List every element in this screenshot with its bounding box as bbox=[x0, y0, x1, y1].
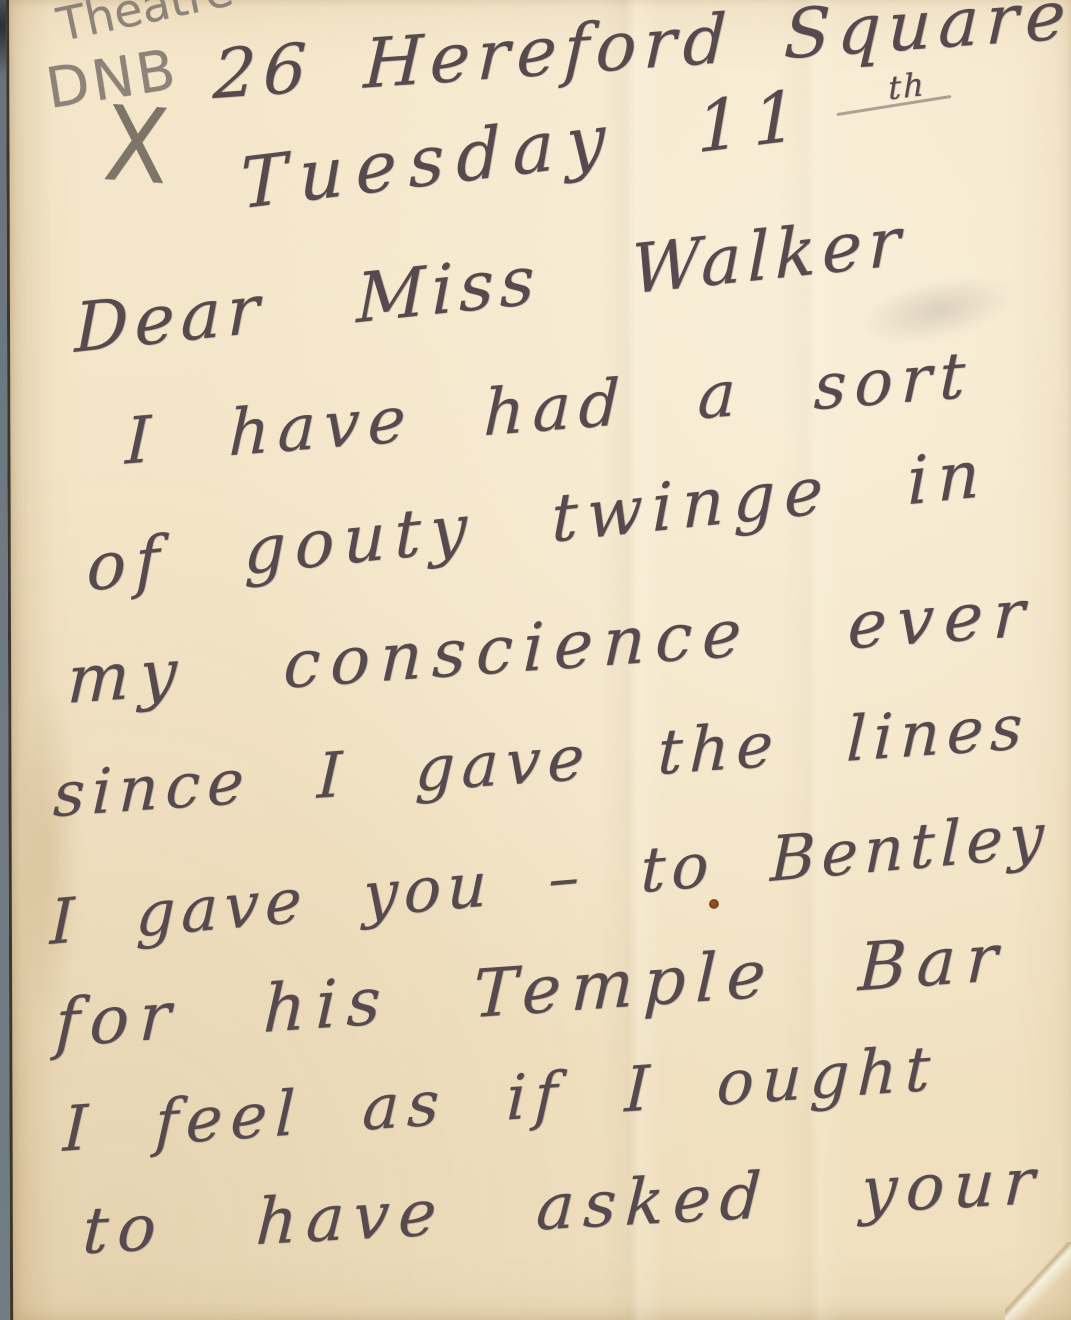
glue-residue-stain bbox=[23, 687, 78, 1023]
brown-ink-fleck bbox=[709, 899, 719, 909]
pencil-x-mark: X bbox=[100, 93, 171, 201]
scan-background: Theatre DNB X 26 Hereford Square Tuesday… bbox=[0, 0, 1071, 1320]
paper-fold-corner bbox=[1005, 1242, 1071, 1320]
